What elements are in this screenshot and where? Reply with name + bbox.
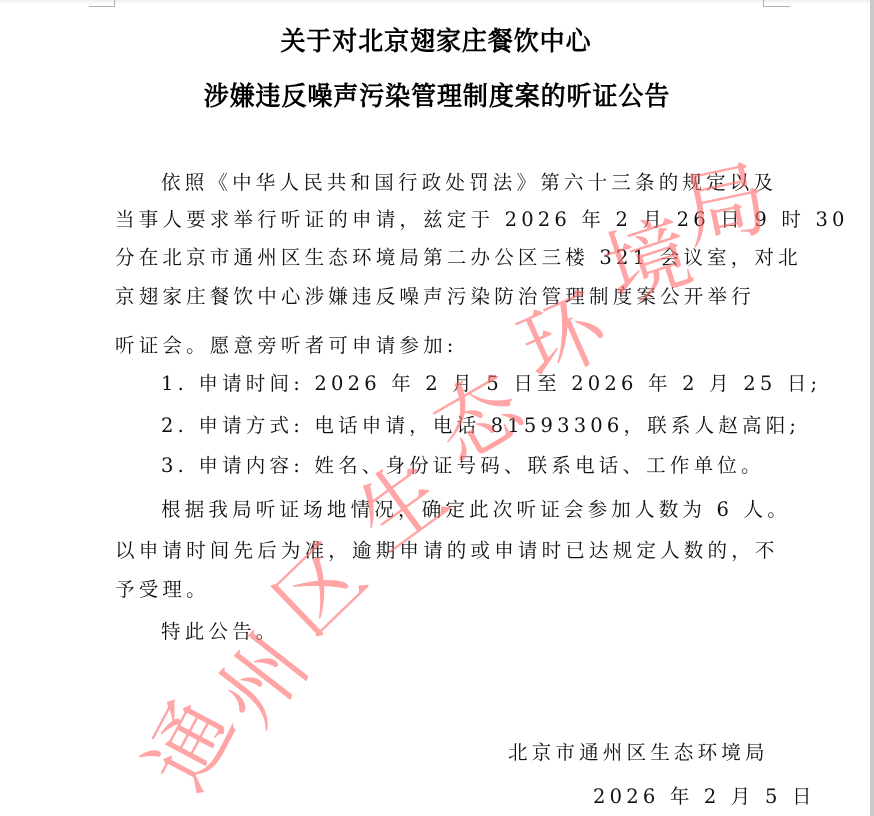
- signature-date: 2026 年 2 月 5 日: [593, 785, 816, 809]
- body-line: 根据我局听证场地情况，确定此次听证会参加人数为 6 人。: [161, 498, 811, 522]
- list-item-application-time: 1. 申请时间: 2026 年 2 月 5 日至 2026 年 2 月 25 日…: [161, 372, 811, 396]
- list-item-application-content: 3. 申请内容: 姓名、身份证号码、联系电话、工作单位。: [161, 454, 811, 478]
- page-margin-corner-mark-right: [763, 0, 790, 7]
- body-line: 以申请时间先后为准，逾期申请的或申请时已达规定人数的，不: [115, 539, 765, 563]
- document-title-line-1: 关于对北京翅家庄餐饮中心: [16, 27, 855, 57]
- official-seal-stamp: 通 州 区 生 态 环 境 局: [0, 0, 874, 816]
- signature-organization: 北京市通州区生态环境局: [508, 741, 769, 765]
- page-top-edge: [0, 0, 870, 4]
- stamp-char: 通: [129, 684, 251, 806]
- document-title-line-2: 涉嫌违反噪声污染管理制度案的听证公告: [17, 82, 856, 112]
- body-line: 依照《中华人民共和国行政处罚法》第六十三条的规定以及: [161, 171, 811, 195]
- body-line: 京翅家庄餐饮中心涉嫌违反噪声污染防治管理制度案公开举行: [115, 285, 765, 309]
- body-line: 分在北京市通州区生态环境局第二办公区三楼 321 会议室，对北: [115, 246, 765, 270]
- closing-line: 特此公告。: [161, 620, 811, 644]
- stamp-char: 局: [672, 152, 779, 259]
- page-margin-corner-mark-left: [89, 0, 115, 7]
- vertical-scrollbar[interactable]: [870, 0, 874, 816]
- body-line: 予受理。: [115, 578, 765, 602]
- list-item-application-method: 2. 申请方式: 电话申请，电话 81593306，联系人赵高阳;: [161, 414, 811, 438]
- body-line: 听证会。愿意旁听者可申请参加:: [115, 334, 765, 358]
- body-line: 当事人要求举行听证的申请，兹定于 2026 年 2 月 26 日 9 时 30: [115, 208, 765, 232]
